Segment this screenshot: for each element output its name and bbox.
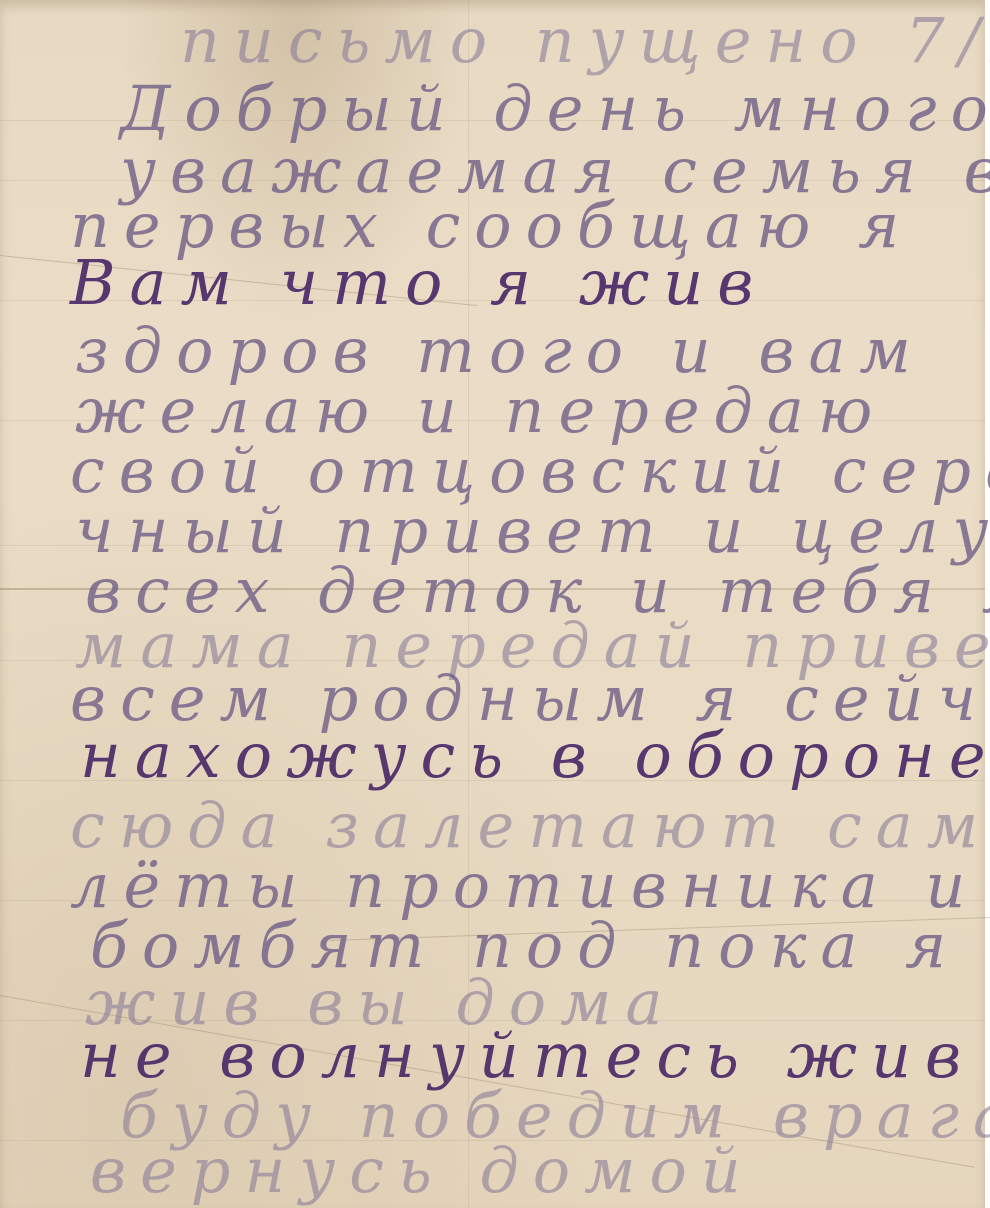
letter-line: нахожусь в обороне <box>80 725 990 787</box>
letter-line: желаю и передаю <box>75 380 886 442</box>
letter-line: Вам что я жив <box>70 252 767 314</box>
letter-line: лёты противника и <box>70 855 979 917</box>
letter-line: Добрый день много <box>120 78 990 140</box>
letter-line: чный привет и целую <box>75 500 990 562</box>
letter-line-date: письмо пущено 7/X <box>180 10 990 72</box>
letter-line: здоров того и вам <box>75 320 925 382</box>
letter-line: свой отцовский серде <box>70 440 990 502</box>
letter-line: не волнуйтесь жив <box>80 1025 975 1087</box>
letter-line: вернусь домой <box>90 1140 755 1202</box>
letter-line: сюда залетают само <box>70 795 990 857</box>
